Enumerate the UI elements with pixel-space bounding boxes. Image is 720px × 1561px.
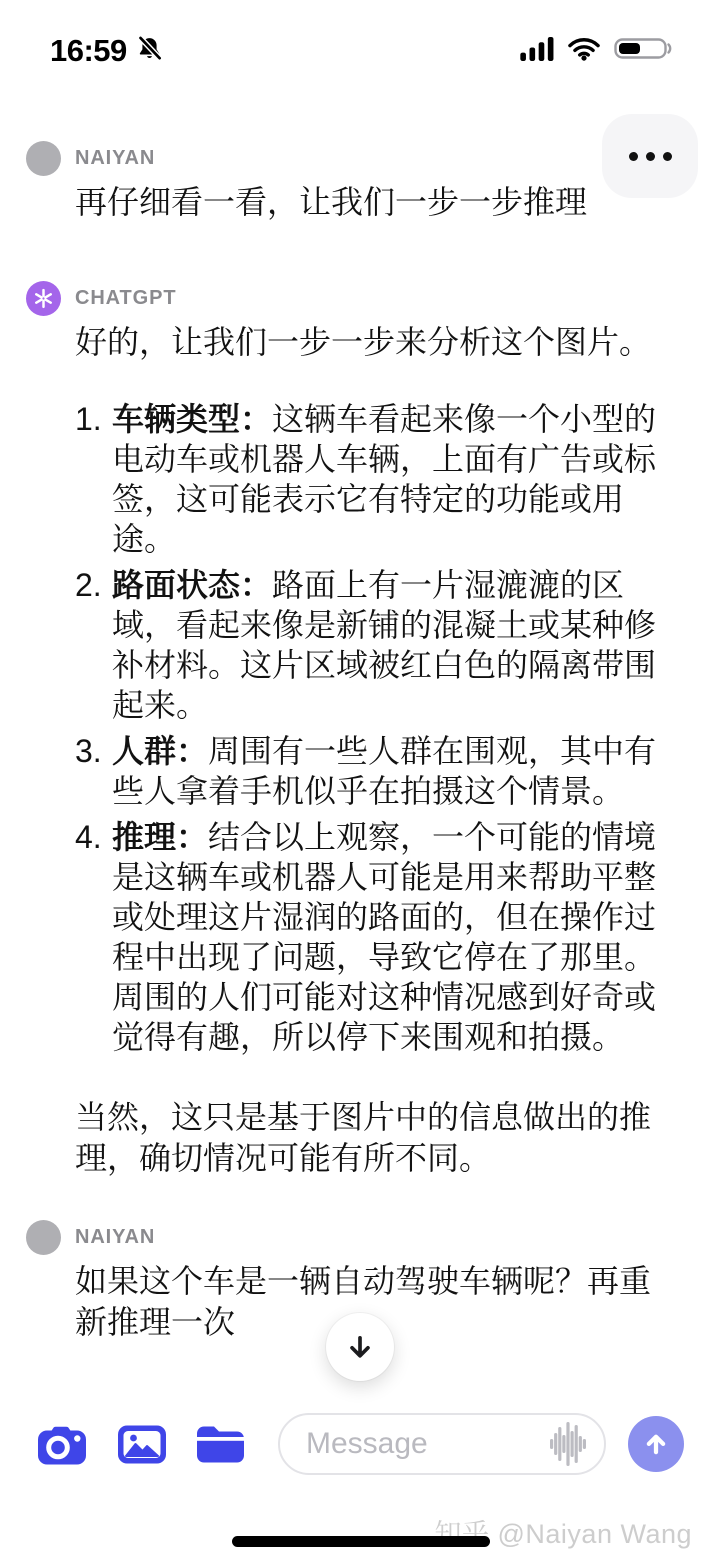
avatar-chatgpt (26, 281, 61, 316)
home-indicator[interactable] (232, 1536, 490, 1547)
sender-label: CHATGPT (75, 280, 670, 317)
message-input[interactable] (306, 1427, 546, 1461)
scroll-to-bottom-button[interactable] (326, 1313, 394, 1381)
assistant-outro: 当然，这只是基于图片中的信息做出的推理，确切情况可能有所不同。 (75, 1097, 670, 1179)
message-composer (0, 1410, 720, 1478)
openai-logo-icon (32, 287, 55, 310)
chat-thread: NAIYAN 再仔细看一看，让我们一步一步推理 CHATGPT 好的 (0, 140, 720, 1343)
camera-icon (36, 1422, 88, 1467)
photo-library-button[interactable] (116, 1420, 168, 1468)
message-assistant: CHATGPT 好的，让我们一步一步来分析这个图片。 1. 车辆类型：这辆车看起… (0, 280, 720, 1179)
assistant-intro: 好的，让我们一步一步来分析这个图片。 (75, 322, 670, 363)
send-arrow-up-icon (641, 1429, 671, 1459)
voice-input-button[interactable] (546, 1421, 590, 1467)
wifi-icon (567, 36, 601, 66)
files-button[interactable] (194, 1420, 246, 1468)
sender-label: NAIYAN (75, 1219, 670, 1256)
folder-icon (194, 1422, 246, 1467)
chat-screen: 16:59 (0, 0, 720, 1561)
list-term: 推理： (112, 819, 208, 855)
send-button[interactable] (628, 1416, 684, 1472)
cellular-signal-icon (520, 36, 554, 66)
scroll-down-arrow-icon (343, 1330, 377, 1364)
status-bar: 16:59 (50, 30, 676, 72)
status-bar-left: 16:59 (50, 33, 163, 69)
camera-button[interactable] (36, 1420, 88, 1468)
avatar-naiyan (26, 1220, 61, 1255)
clock: 16:59 (50, 33, 127, 69)
sender-label: NAIYAN (75, 140, 670, 177)
list-item-2: 2. 路面状态：路面上有一片湿漉漉的区域，看起来像是新铺的混凝土或某种修补材料。… (75, 565, 670, 725)
voice-waveform-icon (550, 1421, 586, 1467)
status-bar-right (520, 34, 676, 68)
message-input-pill (278, 1413, 606, 1475)
list-term: 路面状态： (112, 567, 272, 603)
avatar-naiyan (26, 141, 61, 176)
list-term: 车辆类型： (112, 401, 272, 437)
list-term: 人群： (112, 733, 208, 769)
bell-muted-icon (136, 35, 163, 67)
message-text: 再仔细看一看，让我们一步一步推理 (75, 182, 670, 223)
numbered-list: 1. 车辆类型：这辆车看起来像一个小型的电动车或机器人车辆，上面有广告或标签，这… (75, 399, 670, 1057)
battery-icon (614, 34, 676, 68)
list-item-3: 3. 人群：周围有一些人群在围观，其中有些人拿着手机似乎在拍摄这个情景。 (75, 731, 670, 811)
list-item-4: 4. 推理：结合以上观察，一个可能的情境是这辆车或机器人可能是用来帮助平整或处理… (75, 817, 670, 1057)
list-item-1: 1. 车辆类型：这辆车看起来像一个小型的电动车或机器人车辆，上面有广告或标签，这… (75, 399, 670, 559)
message-user-1: NAIYAN 再仔细看一看，让我们一步一步推理 (0, 140, 720, 223)
image-icon (116, 1422, 168, 1467)
